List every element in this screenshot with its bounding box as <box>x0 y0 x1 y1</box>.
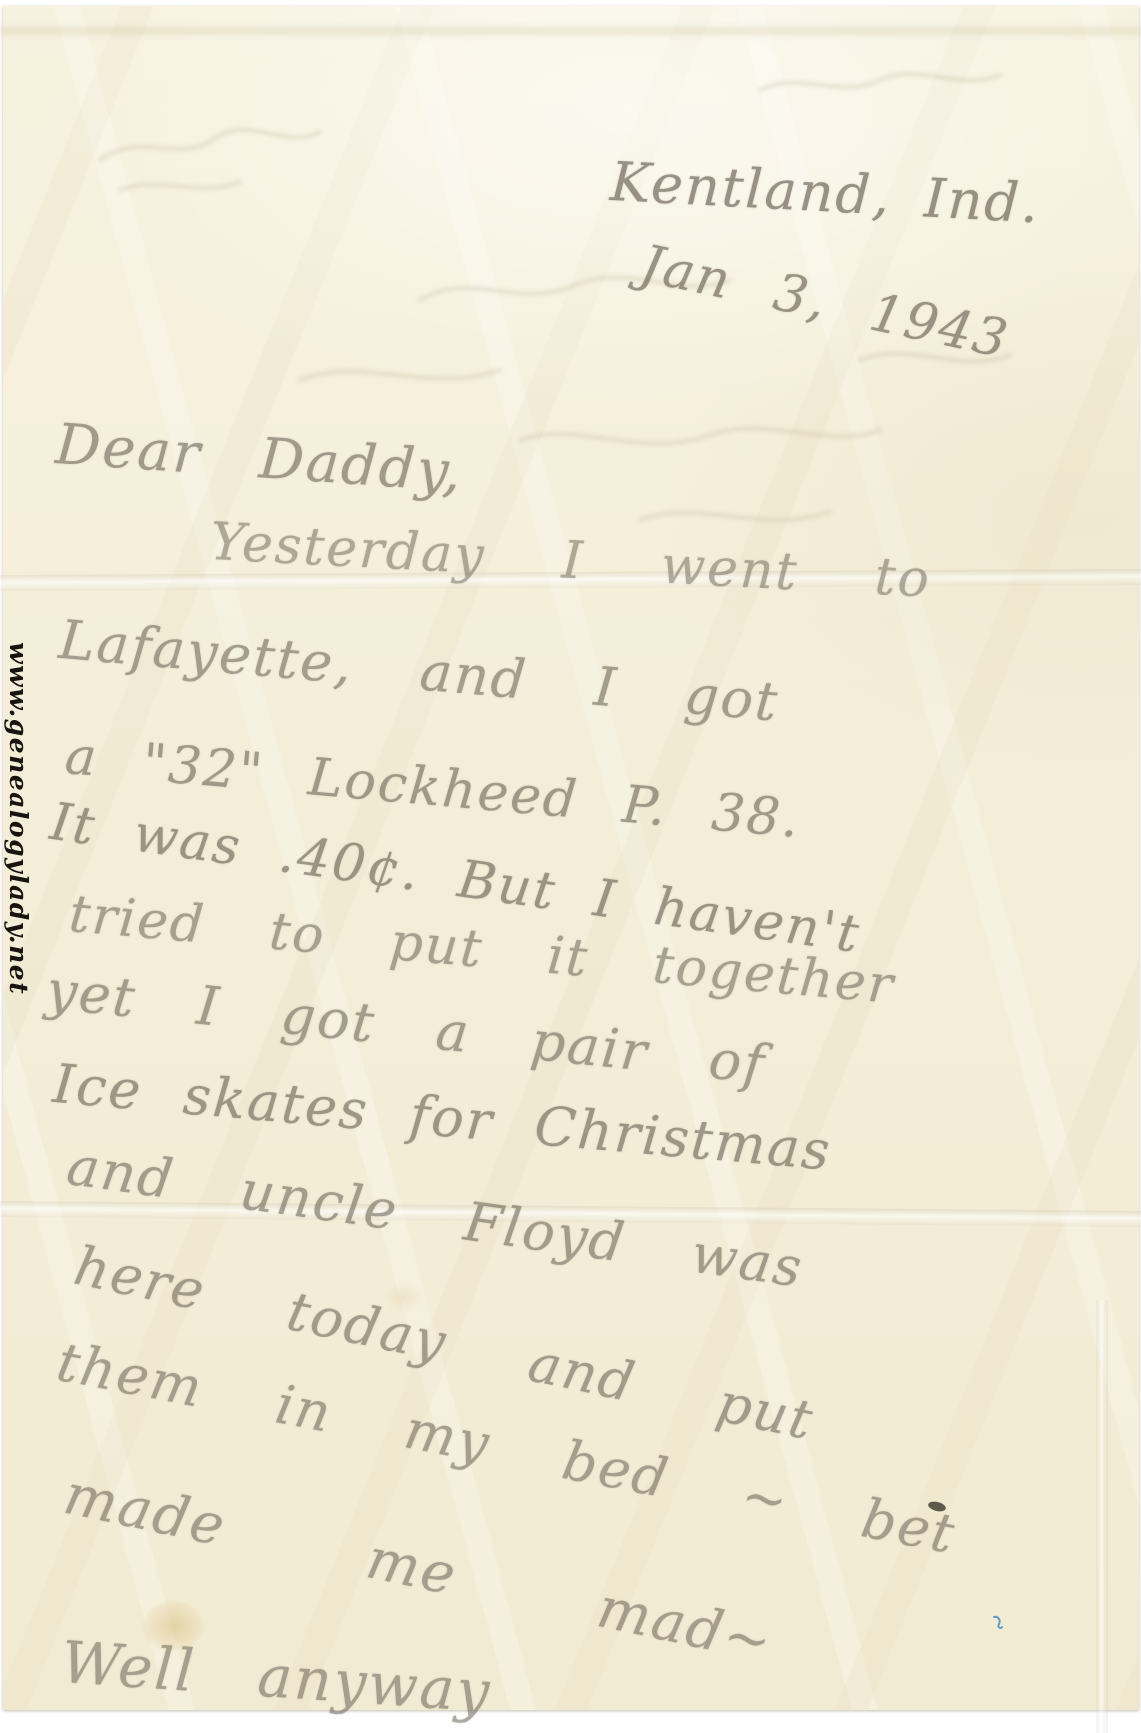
letter-scan: www.genealogylady.net Kentland, Ind. Jan… <box>0 0 1141 1733</box>
watermark: www.genealogylady.net <box>4 642 33 995</box>
fold-crease-vertical <box>1096 1300 1108 1733</box>
blue-ink-mark <box>992 1615 1004 1631</box>
